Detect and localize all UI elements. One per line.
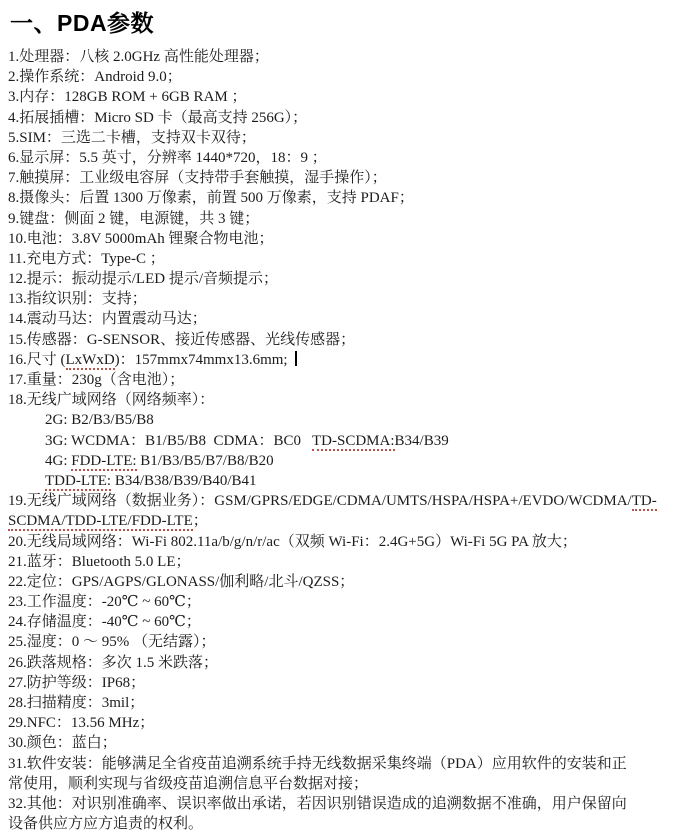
text-run: 常使用，顺利实现与省级疫苗追溯信息平台数据对接；	[8, 776, 368, 792]
text-run: 32.其他：对识别准确率、误识率做出承诺，若因识别错误造成的追溯数据不准确，用户…	[8, 796, 627, 812]
text-run: 24.存储温度：-40℃ ~ 60℃；	[8, 614, 201, 630]
doc-line: 23.工作温度：-20℃ ~ 60℃；	[8, 592, 680, 612]
doc-line: 13.指纹识别：支持；	[8, 289, 680, 309]
text-run: 29.NFC：13.56 MHz；	[8, 715, 154, 731]
text-run: ；	[193, 513, 208, 529]
doc-line: 5.SIM：三选二卡槽，支持双卡双待；	[8, 128, 680, 148]
text-run: 18.无线广域网络（网络频率）：	[8, 392, 214, 408]
text-run: 3.内存：128GB ROM + 6GB RAM ；	[8, 89, 246, 105]
spellcheck-underlined-text: TD-SCDMA:	[312, 433, 395, 451]
text-run: 2G: B2/B3/B5/B8	[45, 412, 154, 428]
doc-line: 设备供应方应方追责的权利。	[8, 814, 680, 830]
doc-line: 14.震动马达：内置震动马达；	[8, 309, 680, 329]
spellcheck-underlined-text: LxWxD	[66, 352, 115, 370]
text-run: 设备供应方应方追责的权利。	[8, 816, 203, 830]
doc-line: 2.操作系统：Android 9.0；	[8, 67, 680, 87]
doc-line: 1.处理器：八核 2.0GHz 高性能处理器；	[8, 47, 680, 67]
text-run: 11.充电方式：Type-C ；	[8, 251, 165, 267]
text-run: 10.电池：3.8V 5000mAh 锂聚合物电池；	[8, 231, 274, 247]
doc-line: 26.跌落规格：多次 1.5 米跌落；	[8, 653, 680, 673]
doc-line: 4.拓展插槽：Micro SD 卡（最高支持 256G）；	[8, 108, 680, 128]
doc-line: 31.软件安装：能够满足全省疫苗追溯系统手持无线数据采集终端（PDA）应用软件的…	[8, 754, 680, 774]
doc-line: 19.无线广域网络（数据业务）：GSM/GPRS/EDGE/CDMA/UMTS/…	[8, 491, 680, 511]
text-run: 4G:	[45, 453, 71, 469]
text-run: 14.震动马达：内置震动马达；	[8, 311, 207, 327]
text-run: 22.定位：GPS/AGPS/GLONASS/伽利略/北斗/QZSS；	[8, 574, 354, 590]
text-cursor	[295, 351, 297, 366]
doc-line: 3G: WCDMA：B1/B5/B8 CDMA：BC0 TD-SCDMA:B34…	[8, 431, 680, 451]
spellcheck-underlined-text: TD-	[632, 493, 657, 511]
doc-line: 3.内存：128GB ROM + 6GB RAM ；	[8, 87, 680, 107]
text-run: 4.拓展插槽：Micro SD 卡（最高支持 256G）；	[8, 110, 307, 126]
doc-line: 21.蓝牙：Bluetooth 5.0 LE；	[8, 552, 680, 572]
doc-line: 10.电池：3.8V 5000mAh 锂聚合物电池；	[8, 229, 680, 249]
spellcheck-underlined-text: FDD-LTE:	[71, 453, 136, 471]
doc-line: 20.无线局域网络：Wi-Fi 802.11a/b/g/n/r/ac（双频 Wi…	[8, 532, 680, 552]
text-run: 15.传感器：G-SENSOR、接近传感器、光线传感器；	[8, 332, 355, 348]
doc-line: 6.显示屏：5.5 英寸，分辨率 1440*720，18：9 ；	[8, 148, 680, 168]
doc-line: TDD-LTE: B34/B38/B39/B40/B41	[8, 471, 680, 491]
text-run: 6.显示屏：5.5 英寸，分辨率 1440*720，18：9 ；	[8, 150, 327, 166]
text-run: 12.提示：振动提示/LED 提示/音频提示；	[8, 271, 278, 287]
text-run: 2.操作系统：Android 9.0；	[8, 69, 182, 85]
text-run: )：157mmx74mmx13.6mm;	[115, 352, 288, 368]
text-run: 30.颜色：蓝白；	[8, 735, 117, 751]
text-run: 9.键盘：侧面 2 键，电源键，共 3 键；	[8, 211, 259, 227]
text-run: 13.指纹识别：支持；	[8, 291, 147, 307]
text-run: 31.软件安装：能够满足全省疫苗追溯系统手持无线数据采集终端（PDA）应用软件的…	[8, 756, 627, 772]
text-run: 1.处理器：八核 2.0GHz 高性能处理器；	[8, 49, 269, 65]
text-run: 23.工作温度：-20℃ ~ 60℃；	[8, 594, 201, 610]
doc-line: 4G: FDD-LTE: B1/B3/B5/B7/B8/B20	[8, 451, 680, 471]
spellcheck-underlined-text: TDD-LTE:	[45, 473, 111, 491]
text-run: 26.跌落规格：多次 1.5 米跌落；	[8, 655, 218, 671]
doc-line: SCDMA/TDD-LTE/FDD-LTE；	[8, 511, 680, 531]
doc-line: 15.传感器：G-SENSOR、接近传感器、光线传感器；	[8, 330, 680, 350]
text-run: B34/B39	[395, 433, 449, 449]
doc-line: 22.定位：GPS/AGPS/GLONASS/伽利略/北斗/QZSS；	[8, 572, 680, 592]
text-run: 28.扫描精度：3mil；	[8, 695, 144, 711]
text-run: 17.重量：230g（含电池）；	[8, 372, 184, 388]
text-run: B1/B3/B5/B7/B8/B20	[137, 453, 274, 469]
doc-line: 12.提示：振动提示/LED 提示/音频提示；	[8, 269, 680, 289]
doc-line: 16.尺寸 (LxWxD)：157mmx74mmx13.6mm;	[8, 350, 680, 370]
text-run: 8.摄像头：后置 1300 万像素，前置 500 万像素，支持 PDAF；	[8, 190, 414, 206]
text-run: 25.湿度：0 ～ 95% （无结露）；	[8, 634, 216, 650]
document-body[interactable]: 1.处理器：八核 2.0GHz 高性能处理器；2.操作系统：Android 9.…	[8, 47, 680, 830]
text-run: 16.尺寸 (	[8, 352, 66, 368]
spellcheck-underlined-text: SCDMA/TDD-LTE/FDD-LTE	[8, 513, 193, 531]
doc-line: 常使用，顺利实现与省级疫苗追溯信息平台数据对接；	[8, 774, 680, 794]
doc-line: 2G: B2/B3/B5/B8	[8, 410, 680, 430]
text-run: 20.无线局域网络：Wi-Fi 802.11a/b/g/n/r/ac（双频 Wi…	[8, 534, 577, 550]
doc-line: 27.防护等级：IP68；	[8, 673, 680, 693]
doc-line: 30.颜色：蓝白；	[8, 733, 680, 753]
doc-line: 28.扫描精度：3mil；	[8, 693, 680, 713]
doc-line: 25.湿度：0 ～ 95% （无结露）；	[8, 632, 680, 652]
text-run: 3G: WCDMA：B1/B5/B8 CDMA：BC0	[45, 433, 312, 449]
page-title: 一、PDA参数	[10, 10, 680, 36]
doc-line: 17.重量：230g（含电池）；	[8, 370, 680, 390]
doc-line: 8.摄像头：后置 1300 万像素，前置 500 万像素，支持 PDAF；	[8, 188, 680, 208]
text-run: 19.无线广域网络（数据业务）：GSM/GPRS/EDGE/CDMA/UMTS/…	[8, 493, 632, 509]
text-run: 27.防护等级：IP68；	[8, 675, 145, 691]
document-page: 一、PDA参数 1.处理器：八核 2.0GHz 高性能处理器；2.操作系统：An…	[0, 0, 686, 830]
doc-line: 24.存储温度：-40℃ ~ 60℃；	[8, 612, 680, 632]
doc-line: 7.触摸屏：工业级电容屏（支持带手套触摸，湿手操作）；	[8, 168, 680, 188]
doc-line: 9.键盘：侧面 2 键，电源键，共 3 键；	[8, 209, 680, 229]
text-run: 21.蓝牙：Bluetooth 5.0 LE；	[8, 554, 191, 570]
doc-line: 18.无线广域网络（网络频率）：	[8, 390, 680, 410]
text-run: 7.触摸屏：工业级电容屏（支持带手套触摸，湿手操作）；	[8, 170, 387, 186]
text-run: B34/B38/B39/B40/B41	[111, 473, 256, 489]
doc-line: 29.NFC：13.56 MHz；	[8, 713, 680, 733]
text-run: 5.SIM：三选二卡槽，支持双卡双待；	[8, 130, 256, 146]
doc-line: 11.充电方式：Type-C ；	[8, 249, 680, 269]
doc-line: 32.其他：对识别准确率、误识率做出承诺，若因识别错误造成的追溯数据不准确，用户…	[8, 794, 680, 814]
